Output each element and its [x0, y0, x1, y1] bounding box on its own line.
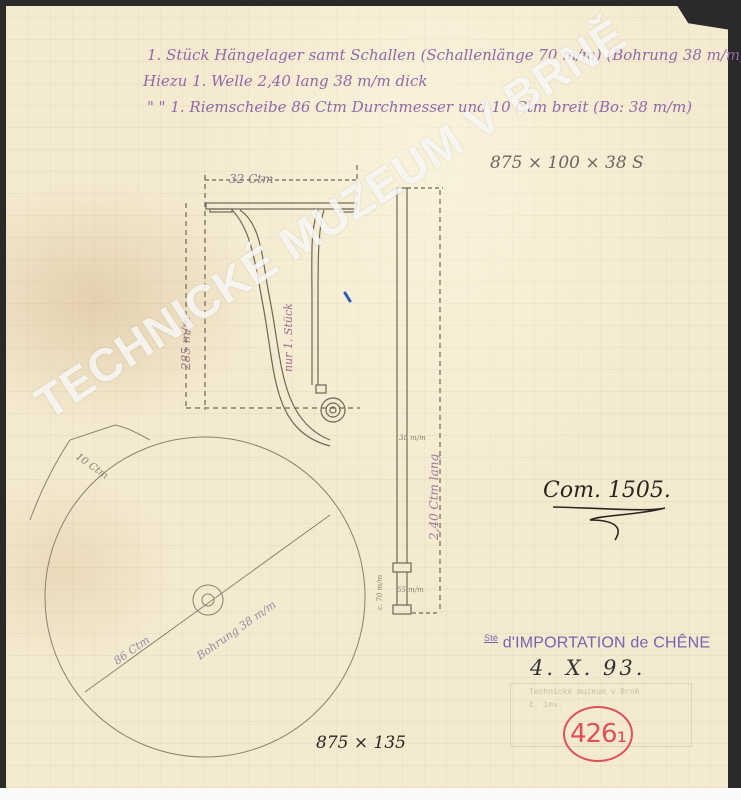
stamp-date: 4. X. 93. [530, 656, 645, 680]
company-stamp: Sté d'IMPORTATION de CHÊNE [484, 633, 710, 652]
faint-stamp-line-1: Technické muzeum v Brně [529, 688, 673, 697]
pulley-width-label: 10 Ctm [73, 451, 110, 481]
shaft-diameter-label: 38 m/m [399, 434, 426, 442]
header-line-2: Hiezu 1. Welle 2,40 lang 38 m/m dick [142, 72, 427, 90]
header-line-1: 1. Stück Hängelager samt Schallen (Schal… [147, 46, 741, 64]
company-stamp-text: d'IMPORTATION de CHÊNE [503, 634, 711, 651]
shaft-collar-label: 55 m/m [397, 586, 424, 594]
commission-number: Com. 1505. [543, 478, 671, 503]
inventory-number-stamp: 426₁ [563, 706, 633, 762]
drawing-canvas: 1. Stück Hängelager samt Schallen (Schal… [0, 0, 741, 800]
pulley-drawing [30, 425, 365, 757]
blue-pencil-mark [345, 293, 350, 301]
shaft-collar-side-label: c. 70 m/m [376, 575, 384, 610]
hanger-width-label: 32 Ctm [229, 172, 273, 186]
signature-flourish [553, 507, 665, 540]
company-stamp-prefix: Sté [484, 633, 498, 643]
shaft-length-label: 2,40 Ctm lang [427, 454, 441, 541]
pulley-diameter-label: 86 Ctm [111, 633, 152, 667]
header-line-3: " " 1. Riemscheibe 86 Ctm Durchmesser un… [147, 98, 692, 116]
inventory-number: 426₁ [570, 719, 626, 749]
pulley-bore-label: Bohrung 38 m/m [193, 598, 278, 663]
dimension-note-top-right: 875 × 100 × 38 S [490, 153, 644, 173]
shaft-drawing [393, 188, 443, 614]
dimension-note-bottom: 875 × 135 [316, 733, 406, 753]
hanger-quantity-note: nur 1. Stück [282, 303, 295, 372]
